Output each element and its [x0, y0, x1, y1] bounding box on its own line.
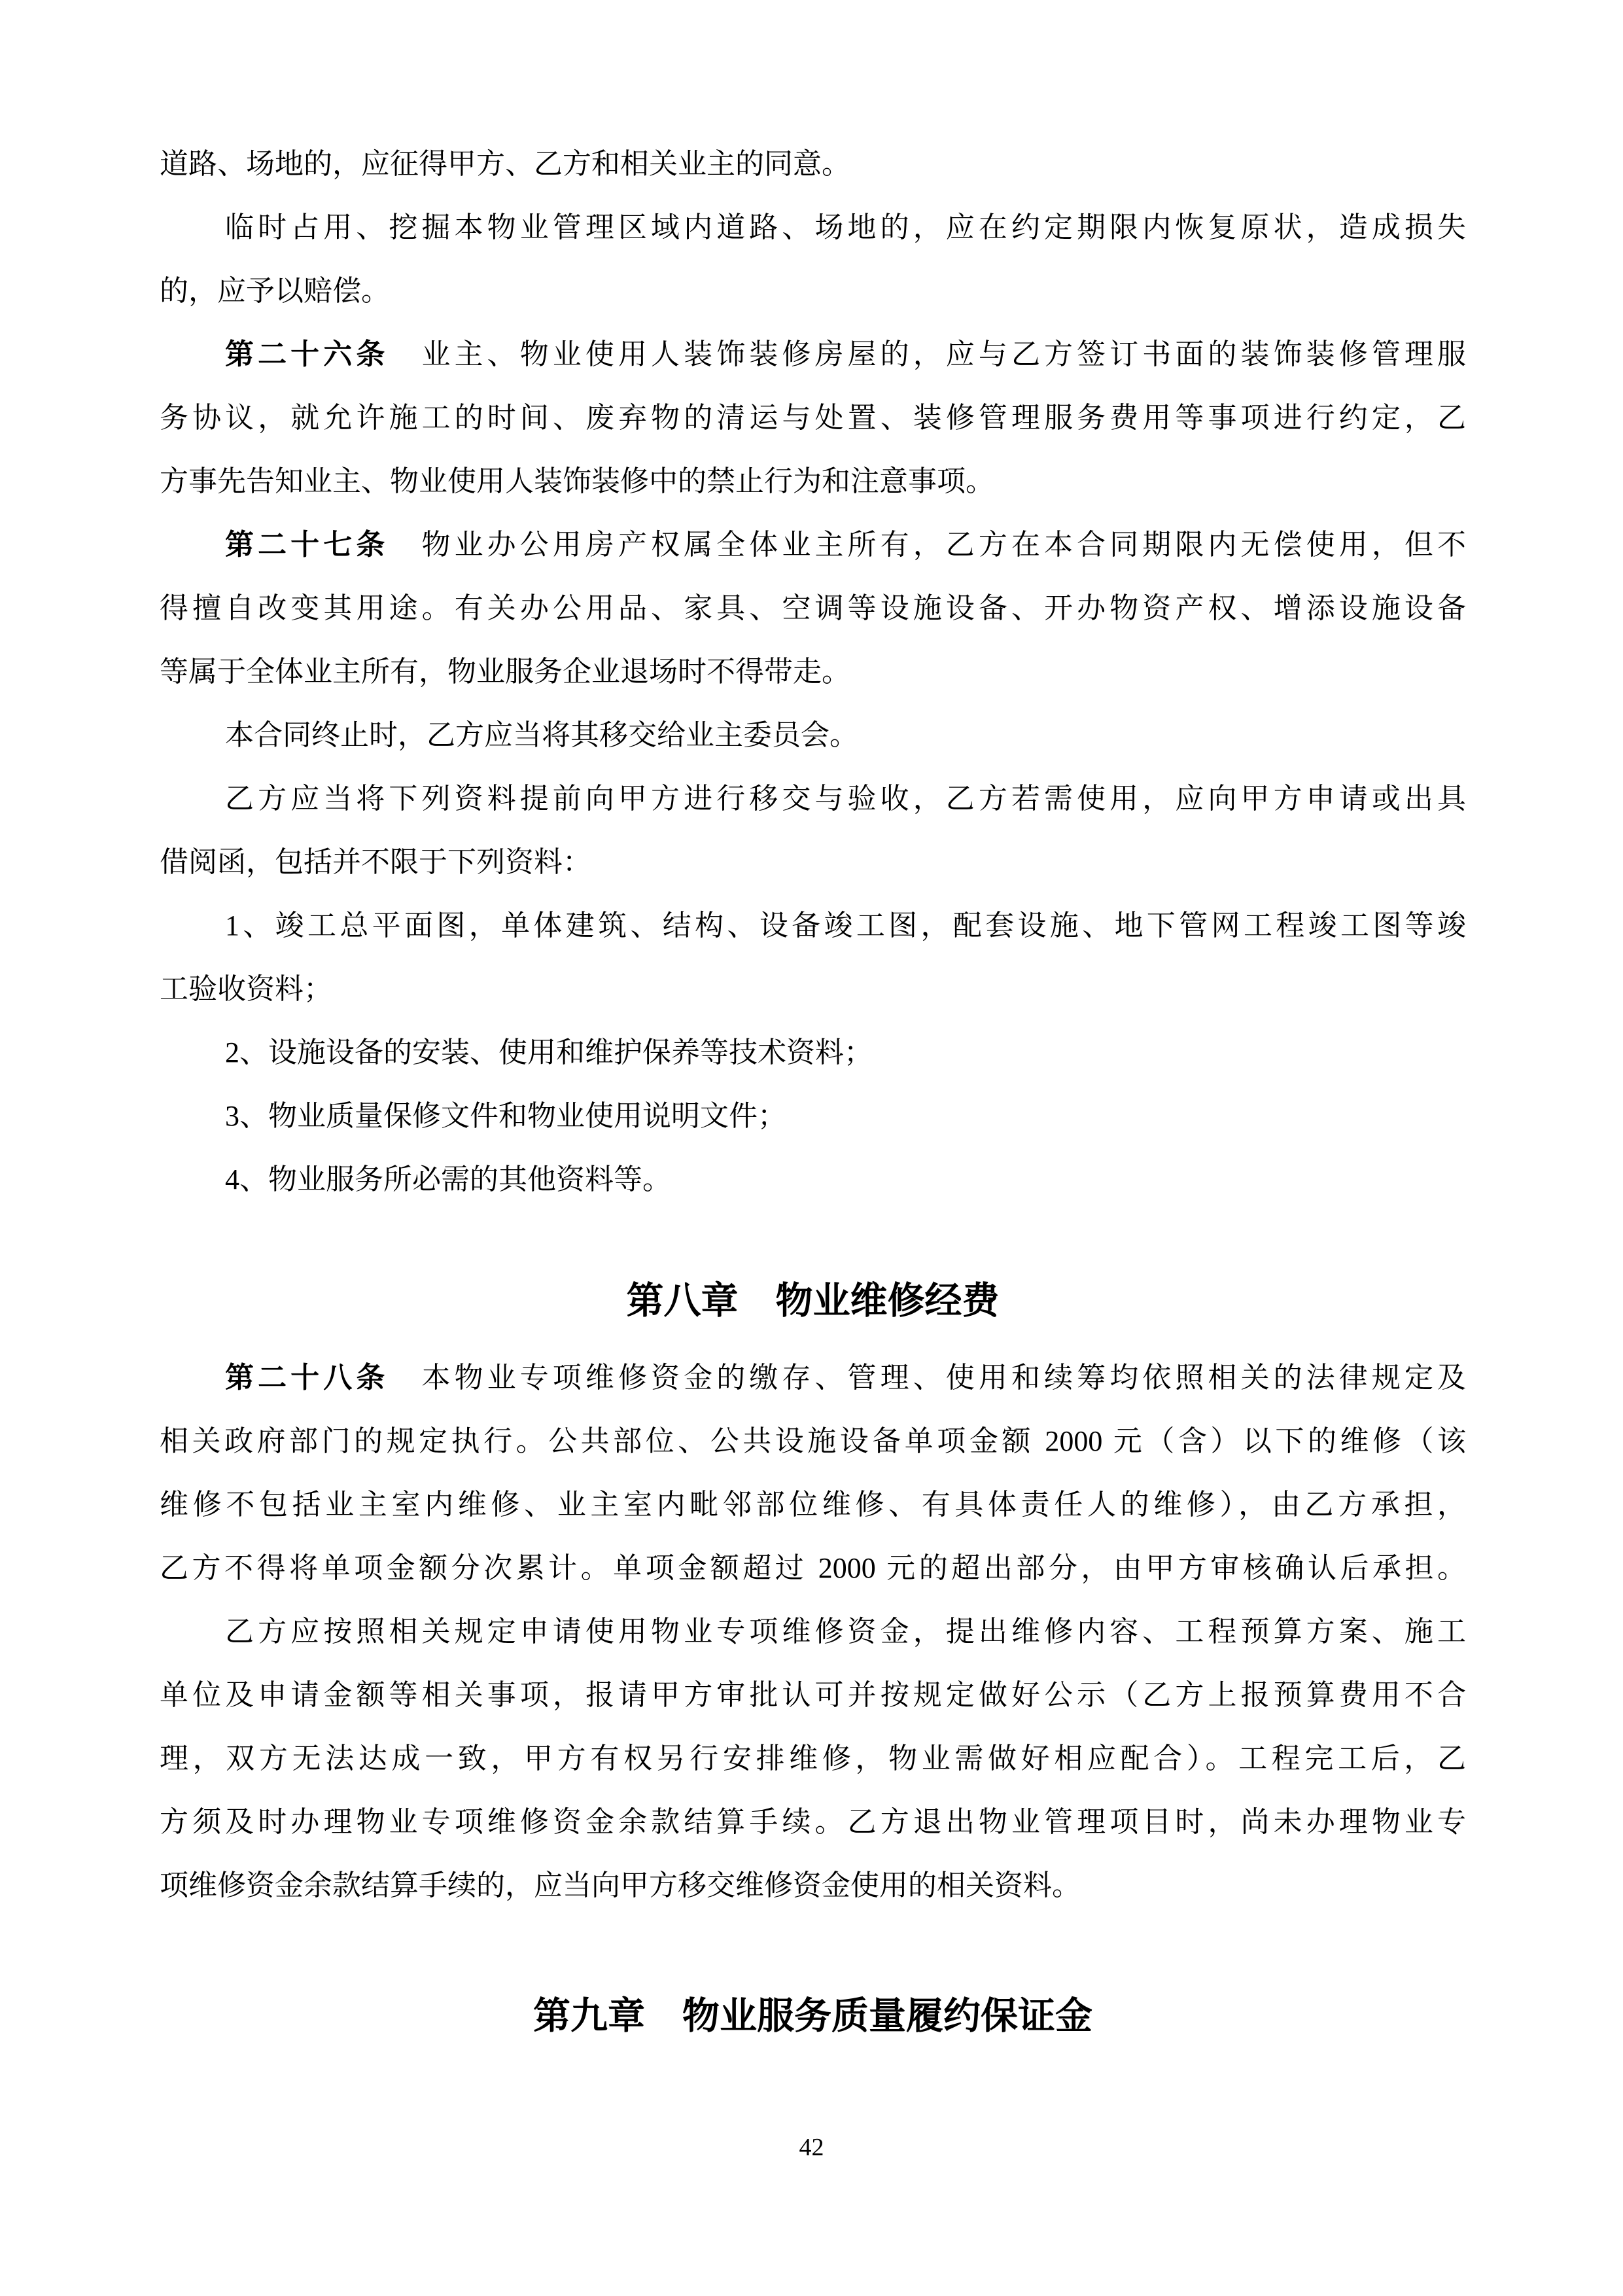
body-line: 第二十六条 业主、物业使用人装饰装修房屋的，应与乙方签订书面的装饰装修管理服	[160, 323, 1466, 386]
line-text: 单位及申请金额等相关事项，报请甲方审批认可并按规定做好公示（乙方上报预算费用不合	[160, 1679, 1466, 1711]
line-text: 物业办公用房产权属全体业主所有，乙方在本合同期限内无偿使用，但不	[389, 529, 1466, 561]
body-line: 理，双方无法达成一致，甲方有权另行安排维修，物业需做好相应配合）。工程完工后，乙	[160, 1727, 1466, 1790]
list-item-line: 工验收资料；	[160, 957, 1466, 1021]
line-text: 的，应予以赔偿。	[160, 275, 390, 307]
chapter-8-heading: 第八章 物业维修经费	[160, 1269, 1466, 1334]
body-line: 务协议，就允许施工的时间、废弃物的清运与处置、装修管理服务费用等事项进行约定，乙	[160, 386, 1466, 450]
line-text: 业主、物业使用人装饰装修房屋的，应与乙方签订书面的装饰装修管理服	[389, 338, 1466, 370]
list-item-line: 1、竣工总平面图，单体建筑、结构、设备竣工图，配套设施、地下管网工程竣工图等竣	[160, 894, 1466, 957]
line-text: 方事先告知业主、物业使用人装饰装修中的禁止行为和注意事项。	[160, 465, 994, 497]
body-line: 维修不包括业主室内维修、业主室内毗邻部位维修、有具体责任人的维修），由乙方承担，	[160, 1473, 1466, 1536]
line-text: 本物业专项维修资金的缴存、管理、使用和续筹均依照相关的法律规定及	[389, 1362, 1466, 1394]
list-item-line: 3、物业质量保修文件和物业使用说明文件；	[160, 1084, 1466, 1148]
line-text: 乙方不得将单项金额分次累计。单项金额超过 2000 元的超出部分，由甲方审核确认…	[160, 1552, 1466, 1584]
line-text: 2、设施设备的安装、使用和维护保养等技术资料；	[225, 1036, 873, 1069]
body-line: 等属于全体业主所有，物业服务企业退场时不得带走。	[160, 640, 1466, 703]
line-text: 乙方应按照相关规定申请使用物业专项维修资金，提出维修内容、工程预算方案、施工	[225, 1616, 1466, 1648]
line-text: 等属于全体业主所有，物业服务企业退场时不得带走。	[160, 656, 850, 688]
clause-number: 第二十六条	[225, 338, 389, 370]
chapter-9-heading: 第九章 物业服务质量履约保证金	[160, 1984, 1466, 2049]
clause-number: 第二十七条	[225, 529, 389, 561]
line-text: 维修不包括业主室内维修、业主室内毗邻部位维修、有具体责任人的维修），由乙方承担，	[160, 1489, 1466, 1521]
body-line: 的，应予以赔偿。	[160, 259, 1466, 323]
line-text: 务协议，就允许施工的时间、废弃物的清运与处置、装修管理服务费用等事项进行约定，乙	[160, 402, 1466, 434]
document-page: 道路、场地的，应征得甲方、乙方和相关业主的同意。 临时占用、挖掘本物业管理区域内…	[0, 0, 1623, 2296]
body-line: 道路、场地的，应征得甲方、乙方和相关业主的同意。	[160, 132, 1466, 196]
line-text: 本合同终止时，乙方应当将其移交给业主委员会。	[225, 719, 858, 751]
line-text: 4、物业服务所必需的其他资料等。	[225, 1163, 671, 1195]
body-line: 本合同终止时，乙方应当将其移交给业主委员会。	[160, 703, 1466, 767]
line-text: 项维修资金余款结算手续的，应当向甲方移交维修资金使用的相关资料。	[160, 1869, 1081, 1901]
line-text: 得擅自改变其用途。有关办公用品、家具、空调等设施设备、开办物资产权、增添设施设备	[160, 592, 1466, 624]
page-number: 42	[0, 2128, 1623, 2167]
body-line: 方须及时办理物业专项维修资金余款结算手续。乙方退出物业管理项目时，尚未办理物业专	[160, 1790, 1466, 1854]
line-text: 方须及时办理物业专项维修资金余款结算手续。乙方退出物业管理项目时，尚未办理物业专	[160, 1806, 1466, 1838]
line-text: 相关政府部门的规定执行。公共部位、公共设施设备单项金额 2000 元（含）以下的…	[160, 1425, 1466, 1457]
body-line: 乙方应当将下列资料提前向甲方进行移交与验收，乙方若需使用，应向甲方申请或出具	[160, 767, 1466, 830]
body-line: 方事先告知业主、物业使用人装饰装修中的禁止行为和注意事项。	[160, 450, 1466, 513]
line-text: 临时占用、挖掘本物业管理区域内道路、场地的，应在约定期限内恢复原状，造成损失	[225, 211, 1466, 243]
line-text: 借阅函，包括并不限于下列资料：	[160, 846, 591, 878]
list-item-line: 2、设施设备的安装、使用和维护保养等技术资料；	[160, 1021, 1466, 1084]
body-line: 相关政府部门的规定执行。公共部位、公共设施设备单项金额 2000 元（含）以下的…	[160, 1409, 1466, 1473]
body-line: 单位及申请金额等相关事项，报请甲方审批认可并按规定做好公示（乙方上报预算费用不合	[160, 1663, 1466, 1727]
line-text: 理，双方无法达成一致，甲方有权另行安排维修，物业需做好相应配合）。工程完工后，乙	[160, 1742, 1466, 1775]
body-line: 项维修资金余款结算手续的，应当向甲方移交维修资金使用的相关资料。	[160, 1854, 1466, 1917]
line-text: 3、物业质量保修文件和物业使用说明文件；	[225, 1100, 786, 1132]
line-text: 道路、场地的，应征得甲方、乙方和相关业主的同意。	[160, 148, 850, 180]
body-line: 借阅函，包括并不限于下列资料：	[160, 830, 1466, 894]
line-text: 1、竣工总平面图，单体建筑、结构、设备竣工图，配套设施、地下管网工程竣工图等竣	[225, 910, 1466, 942]
body-line: 乙方不得将单项金额分次累计。单项金额超过 2000 元的超出部分，由甲方审核确认…	[160, 1536, 1466, 1600]
list-item-line: 4、物业服务所必需的其他资料等。	[160, 1148, 1466, 1211]
line-text: 乙方应当将下列资料提前向甲方进行移交与验收，乙方若需使用，应向甲方申请或出具	[225, 783, 1466, 815]
clause-number: 第二十八条	[225, 1362, 389, 1394]
body-line: 第二十七条 物业办公用房产权属全体业主所有，乙方在本合同期限内无偿使用，但不	[160, 513, 1466, 576]
body-line: 第二十八条 本物业专项维修资金的缴存、管理、使用和续筹均依照相关的法律规定及	[160, 1346, 1466, 1409]
line-text: 工验收资料；	[160, 973, 332, 1005]
body-line: 乙方应按照相关规定申请使用物业专项维修资金，提出维修内容、工程预算方案、施工	[160, 1600, 1466, 1663]
body-line: 得擅自改变其用途。有关办公用品、家具、空调等设施设备、开办物资产权、增添设施设备	[160, 576, 1466, 640]
body-line: 临时占用、挖掘本物业管理区域内道路、场地的，应在约定期限内恢复原状，造成损失	[160, 196, 1466, 259]
